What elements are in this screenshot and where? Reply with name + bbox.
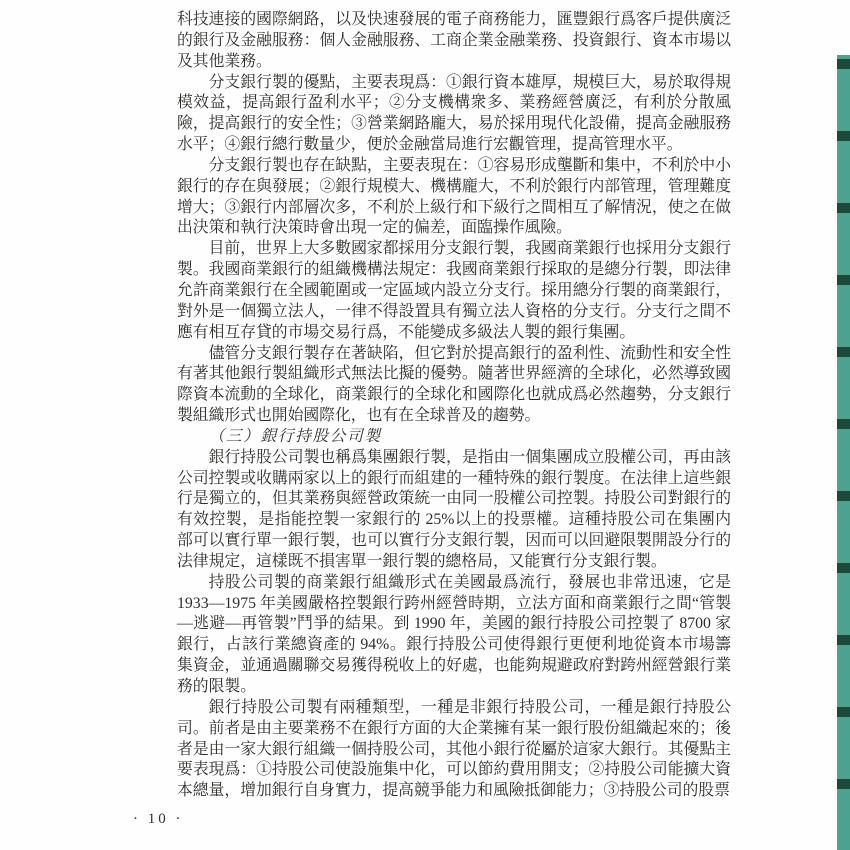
page-number: · 10 · <box>133 811 184 828</box>
body-paragraph: 分支銀行製的優點，主要表現爲：①銀行資本雄厚，規模巨大，易於取得規模效益，提高銀… <box>177 73 731 156</box>
section-heading: （三）銀行持股公司製 <box>177 427 731 448</box>
scanned-book-page: 科技連接的國際網路，以及快速發展的電子商務能力，匯豐銀行爲客戶提供廣泛的銀行及金… <box>0 0 850 850</box>
body-paragraph: 目前，世界上大多數國家都採用分支銀行製，我國商業銀行也採用分支銀行製。我國商業銀… <box>177 239 731 343</box>
strip-registration-mark <box>837 707 850 717</box>
body-paragraph: 持股公司製的商業銀行組織形式在美國最爲流行，發展也非常迅速，它是 1933—19… <box>177 573 731 698</box>
body-paragraph: 銀行持股公司製有兩種類型，一種是非銀行持股公司，一種是銀行持股公司。前者是由主要… <box>177 698 731 802</box>
strip-registration-mark <box>837 491 850 501</box>
body-paragraph: 科技連接的國際網路，以及快速發展的電子商務能力，匯豐銀行爲客戶提供廣泛的銀行及金… <box>177 10 731 73</box>
scan-edge-strip <box>837 55 850 850</box>
page-text-block: 科技連接的國際網路，以及快速發展的電子商務能力，匯豐銀行爲客戶提供廣泛的銀行及金… <box>177 10 731 802</box>
strip-registration-mark <box>837 419 850 429</box>
body-paragraph: 分支銀行製也存在缺點，主要表現在：①容易形成壟斷和集中，不利於中小銀行的存在與發… <box>177 156 731 239</box>
strip-registration-mark <box>837 275 850 285</box>
strip-registration-mark <box>837 59 850 69</box>
strip-registration-mark <box>837 203 850 213</box>
strip-registration-mark <box>837 131 850 141</box>
body-paragraph: 銀行持股公司製也稱爲集團銀行製，是指由一個集團成立股權公司，再由該公司控製或收購… <box>177 448 731 573</box>
strip-registration-mark <box>837 347 850 357</box>
strip-registration-mark <box>837 635 850 645</box>
strip-registration-mark <box>837 779 850 789</box>
body-paragraph: 儘管分支銀行製存在著缺陷，但它對於提高銀行的盈利性、流動性和安全性有著其他銀行製… <box>177 344 731 427</box>
strip-registration-mark <box>837 563 850 573</box>
